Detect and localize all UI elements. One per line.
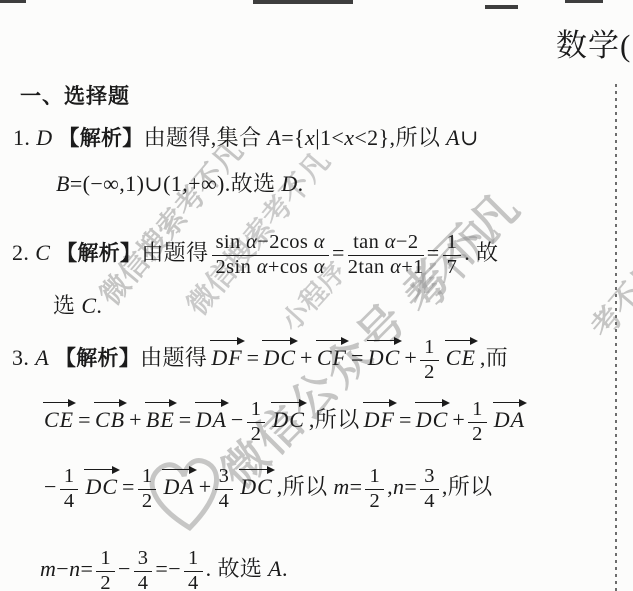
math-text: cos: [280, 231, 308, 253]
page-title: 数学(: [556, 20, 631, 65]
math-text: =: [332, 240, 345, 265]
section-heading: 一、选择题: [20, 80, 130, 110]
fraction-numerator: 1: [468, 399, 487, 423]
scan-artifact: [485, 5, 518, 9]
vector-term: DA: [491, 395, 528, 434]
fraction-denominator: 7: [443, 256, 462, 279]
math-text: 4: [64, 490, 75, 512]
analysis-label: 【解析】: [56, 242, 141, 265]
vector-term: DC: [237, 462, 276, 501]
math-text: x: [344, 125, 354, 150]
fraction-numerator: 3: [420, 466, 439, 490]
fraction-denominator: 2: [96, 572, 115, 591]
math-text: α: [314, 231, 325, 253]
math-text: .: [282, 556, 288, 581]
solution-line: 3. A 【解析】由题得DF=DC+CF=DC+12CE,而: [12, 333, 508, 383]
math-text: 4: [424, 490, 435, 512]
math-text: ,所以 m=: [277, 474, 363, 499]
fraction-numerator: 1: [247, 399, 266, 423]
math-text: 1: [472, 398, 483, 420]
math-text: 1.: [13, 125, 36, 150]
math-text: =: [350, 474, 363, 499]
math-text: 由题得: [141, 240, 208, 265]
math-text: . 故选 A.: [206, 556, 288, 581]
math-text: D: [281, 171, 297, 196]
fraction: 14: [184, 548, 203, 591]
vector-term: CF: [314, 333, 350, 372]
solution-line: CE=CB+BE=DA−12DC,所以DF=DC+12DA: [40, 395, 529, 445]
vector-term: DC: [413, 395, 452, 434]
math-text: =: [351, 345, 364, 370]
math-text: 3. A 【解析】由题得: [12, 345, 207, 370]
math-text: α: [246, 231, 257, 253]
fraction: sin α−2cos α2sin α+cos α: [212, 232, 329, 278]
math-text: −: [56, 556, 69, 581]
math-text: 1: [424, 336, 435, 358]
math-text: +: [199, 474, 212, 499]
page-edge-dotted-border: [615, 84, 617, 591]
math-text: =: [78, 407, 91, 432]
fraction-denominator: 4: [215, 490, 234, 513]
fraction-numerator: 3: [215, 466, 234, 490]
math-text: =: [122, 474, 135, 499]
math-text: 1: [447, 231, 458, 253]
math-text: 2: [216, 256, 227, 278]
fraction-numerator: 1: [138, 466, 157, 490]
math-text: cos: [280, 256, 308, 278]
math-text: 由题得,集合: [144, 125, 268, 150]
fraction-denominator: 2: [247, 423, 266, 446]
math-text: −: [44, 474, 57, 499]
math-text: +: [199, 474, 212, 499]
vector-term: DF: [361, 395, 398, 434]
math-text: D: [36, 125, 52, 150]
math-text: −: [44, 474, 57, 499]
math-text: 3: [219, 465, 230, 487]
fraction-numerator: 1: [184, 548, 203, 572]
math-text: 1: [369, 465, 380, 487]
math-text: 3: [138, 547, 149, 569]
fraction-denominator: 2: [365, 490, 384, 513]
math-text: ,所以: [309, 407, 360, 432]
math-text: 1. D 【解析】由题得,集合 A={x|1<x<2},所以 A∪: [13, 125, 479, 150]
math-text: 2: [369, 490, 380, 512]
fraction: 34: [134, 548, 153, 591]
solution-line: 1. D 【解析】由题得,集合 A={x|1<x<2},所以 A∪: [13, 124, 479, 152]
math-text: =−: [155, 556, 181, 581]
math-text: +: [268, 256, 280, 278]
math-text: +: [129, 407, 142, 432]
math-text: =: [399, 407, 412, 432]
math-text: tan: [353, 231, 379, 253]
math-text: m: [40, 556, 56, 581]
math-text: 2. C 【解析】由题得: [12, 240, 209, 265]
math-text: α: [314, 256, 325, 278]
solution-line: −14DC=12DA+34DC,所以 m=12,n=34,所以: [44, 462, 493, 512]
math-text: ,而: [480, 345, 508, 370]
page: { "header": { "title": "数学(" }, "section…: [0, 0, 633, 591]
math-text: =: [247, 345, 260, 370]
math-text: +: [300, 345, 313, 370]
math-text: C: [81, 293, 96, 318]
math-text: −2: [396, 231, 419, 253]
math-text: C: [35, 240, 50, 265]
scan-artifact: [565, 0, 603, 3]
vector-term: DA: [160, 462, 197, 501]
scan-artifact: [0, 0, 26, 3]
math-text: sin: [216, 231, 241, 253]
math-text: +: [404, 345, 417, 370]
fraction-denominator: 4: [134, 572, 153, 591]
math-text: 4: [219, 490, 230, 512]
math-text: +1: [401, 256, 424, 278]
vector-term: BE: [143, 395, 178, 434]
math-text: 2: [472, 423, 483, 445]
math-text: 7: [447, 256, 458, 278]
math-text: ∪: [460, 125, 479, 150]
math-text: 4: [188, 572, 199, 591]
fraction: 17: [443, 232, 462, 278]
math-text: 3.: [12, 345, 35, 370]
math-text: 1: [142, 465, 153, 487]
vector-term: DC: [82, 462, 121, 501]
math-text: .: [298, 171, 304, 196]
math-text: .: [96, 293, 102, 318]
math-text: n: [393, 474, 404, 499]
math-text: 1: [64, 465, 75, 487]
math-text: . 故: [464, 240, 498, 265]
math-text: 选 C.: [53, 293, 102, 318]
math-text: B: [56, 171, 70, 196]
math-text: ,所以: [442, 474, 493, 499]
math-text: tan: [358, 256, 384, 278]
solution-line: B=(−∞,1)∪(1,+∞).故选 D.: [56, 170, 304, 198]
math-text: =: [78, 407, 91, 432]
math-text: +: [129, 407, 142, 432]
math-text: sin: [226, 256, 251, 278]
math-text: ,而: [480, 345, 508, 370]
vector-term: DC: [365, 333, 404, 372]
math-text: −: [231, 407, 244, 432]
scan-artifact: [253, 0, 353, 4]
fraction: 12: [138, 466, 157, 512]
math-text: 1: [251, 398, 262, 420]
solution-line: 选 C.: [53, 292, 102, 320]
solution-line: m−n=12−34=−14. 故选 A.: [40, 548, 288, 591]
fraction-denominator: 2: [138, 490, 157, 513]
vector-term: CB: [92, 395, 128, 434]
math-text: m: [333, 474, 349, 499]
vector-term: DC: [260, 333, 299, 372]
fraction: 12: [468, 399, 487, 445]
math-text: =: [179, 407, 192, 432]
math-text: ,所以: [442, 474, 493, 499]
math-text: +: [300, 345, 313, 370]
math-text: |1<: [315, 125, 344, 150]
fraction-denominator: 4: [420, 490, 439, 513]
fraction-denominator: 4: [60, 490, 79, 513]
math-text: A: [446, 125, 460, 150]
fraction: 12: [96, 548, 115, 591]
math-text: =: [404, 474, 417, 499]
fraction: 14: [60, 466, 79, 512]
analysis-label: 【解析】: [58, 127, 143, 150]
math-text: A: [35, 345, 49, 370]
fraction-numerator: tan α−2: [348, 232, 424, 256]
vector-term: DF: [208, 333, 245, 372]
fraction-numerator: 1: [420, 337, 439, 361]
math-text: A: [267, 125, 281, 150]
vector-term: CE: [41, 395, 77, 434]
math-text: 2: [100, 572, 111, 591]
math-text: . 故选: [206, 556, 269, 581]
math-text: +: [404, 345, 417, 370]
fraction-numerator: sin α−2cos α: [212, 232, 329, 256]
vector-term: DA: [193, 395, 230, 434]
math-text: . 故: [464, 240, 498, 265]
math-text: =: [179, 407, 192, 432]
math-text: =: [81, 556, 94, 581]
math-text: α: [257, 256, 268, 278]
math-text: α: [390, 256, 401, 278]
math-text: =: [332, 240, 345, 265]
math-text: 4: [138, 572, 149, 591]
math-text: =: [427, 240, 440, 265]
fraction: 34: [215, 466, 234, 512]
fraction: 12: [420, 337, 439, 383]
math-text: n: [69, 556, 80, 581]
fraction: tan α−22tan α+1: [348, 232, 424, 278]
math-text: α: [385, 231, 396, 253]
fraction-denominator: 2: [420, 361, 439, 384]
math-text: =: [247, 345, 260, 370]
fraction-numerator: 1: [96, 548, 115, 572]
math-text: ,所以: [309, 407, 360, 432]
math-text: B=(−∞,1)∪(1,+∞).故选 D.: [56, 171, 304, 196]
math-text: −: [118, 556, 131, 581]
math-text: =(−∞,1)∪(1,+∞).故选: [70, 171, 282, 196]
math-text: 2: [424, 361, 435, 383]
watermark-text: 考不凡: [578, 248, 633, 345]
math-text: 选: [53, 293, 81, 318]
fraction: 34: [420, 466, 439, 512]
math-text: 2: [251, 423, 262, 445]
math-text: ={: [281, 125, 305, 150]
math-text: A: [268, 556, 282, 581]
math-text: 2: [142, 490, 153, 512]
math-text: ,n=: [387, 474, 417, 499]
math-text: m−n=: [40, 556, 93, 581]
math-text: −: [118, 556, 131, 581]
math-text: =: [351, 345, 364, 370]
watermark-text: 微信搜索考不凡: [89, 131, 251, 313]
math-text: 2: [348, 256, 359, 278]
vector-term: DC: [269, 395, 308, 434]
fraction-denominator: 4: [184, 572, 203, 591]
fraction-numerator: 3: [134, 548, 153, 572]
math-text: <2},所以: [354, 125, 446, 150]
math-text: 1: [188, 547, 199, 569]
vector-term: CE: [443, 333, 479, 372]
math-text: −: [231, 407, 244, 432]
math-text: =−: [155, 556, 181, 581]
math-text: =: [427, 240, 440, 265]
math-text: −2: [257, 231, 280, 253]
math-text: =: [399, 407, 412, 432]
fraction-denominator: 2tan α+1: [348, 256, 424, 279]
math-text: 3: [424, 465, 435, 487]
fraction-denominator: 2: [468, 423, 487, 446]
fraction: 12: [365, 466, 384, 512]
math-text: 2.: [12, 240, 35, 265]
analysis-label: 【解析】: [55, 347, 140, 370]
fraction-numerator: 1: [60, 466, 79, 490]
math-text: +: [452, 407, 465, 432]
fraction-numerator: 1: [443, 232, 462, 256]
solution-line: 2. C 【解析】由题得sin α−2cos α2sin α+cos α=tan…: [12, 232, 498, 278]
fraction-denominator: 2sin α+cos α: [212, 256, 329, 279]
math-text: =: [122, 474, 135, 499]
math-text: 由题得: [140, 345, 207, 370]
math-text: ,所以: [277, 474, 334, 499]
math-text: x: [305, 125, 315, 150]
fraction: 12: [247, 399, 266, 445]
math-text: +: [452, 407, 465, 432]
fraction-numerator: 1: [365, 466, 384, 490]
math-text: 1: [100, 547, 111, 569]
